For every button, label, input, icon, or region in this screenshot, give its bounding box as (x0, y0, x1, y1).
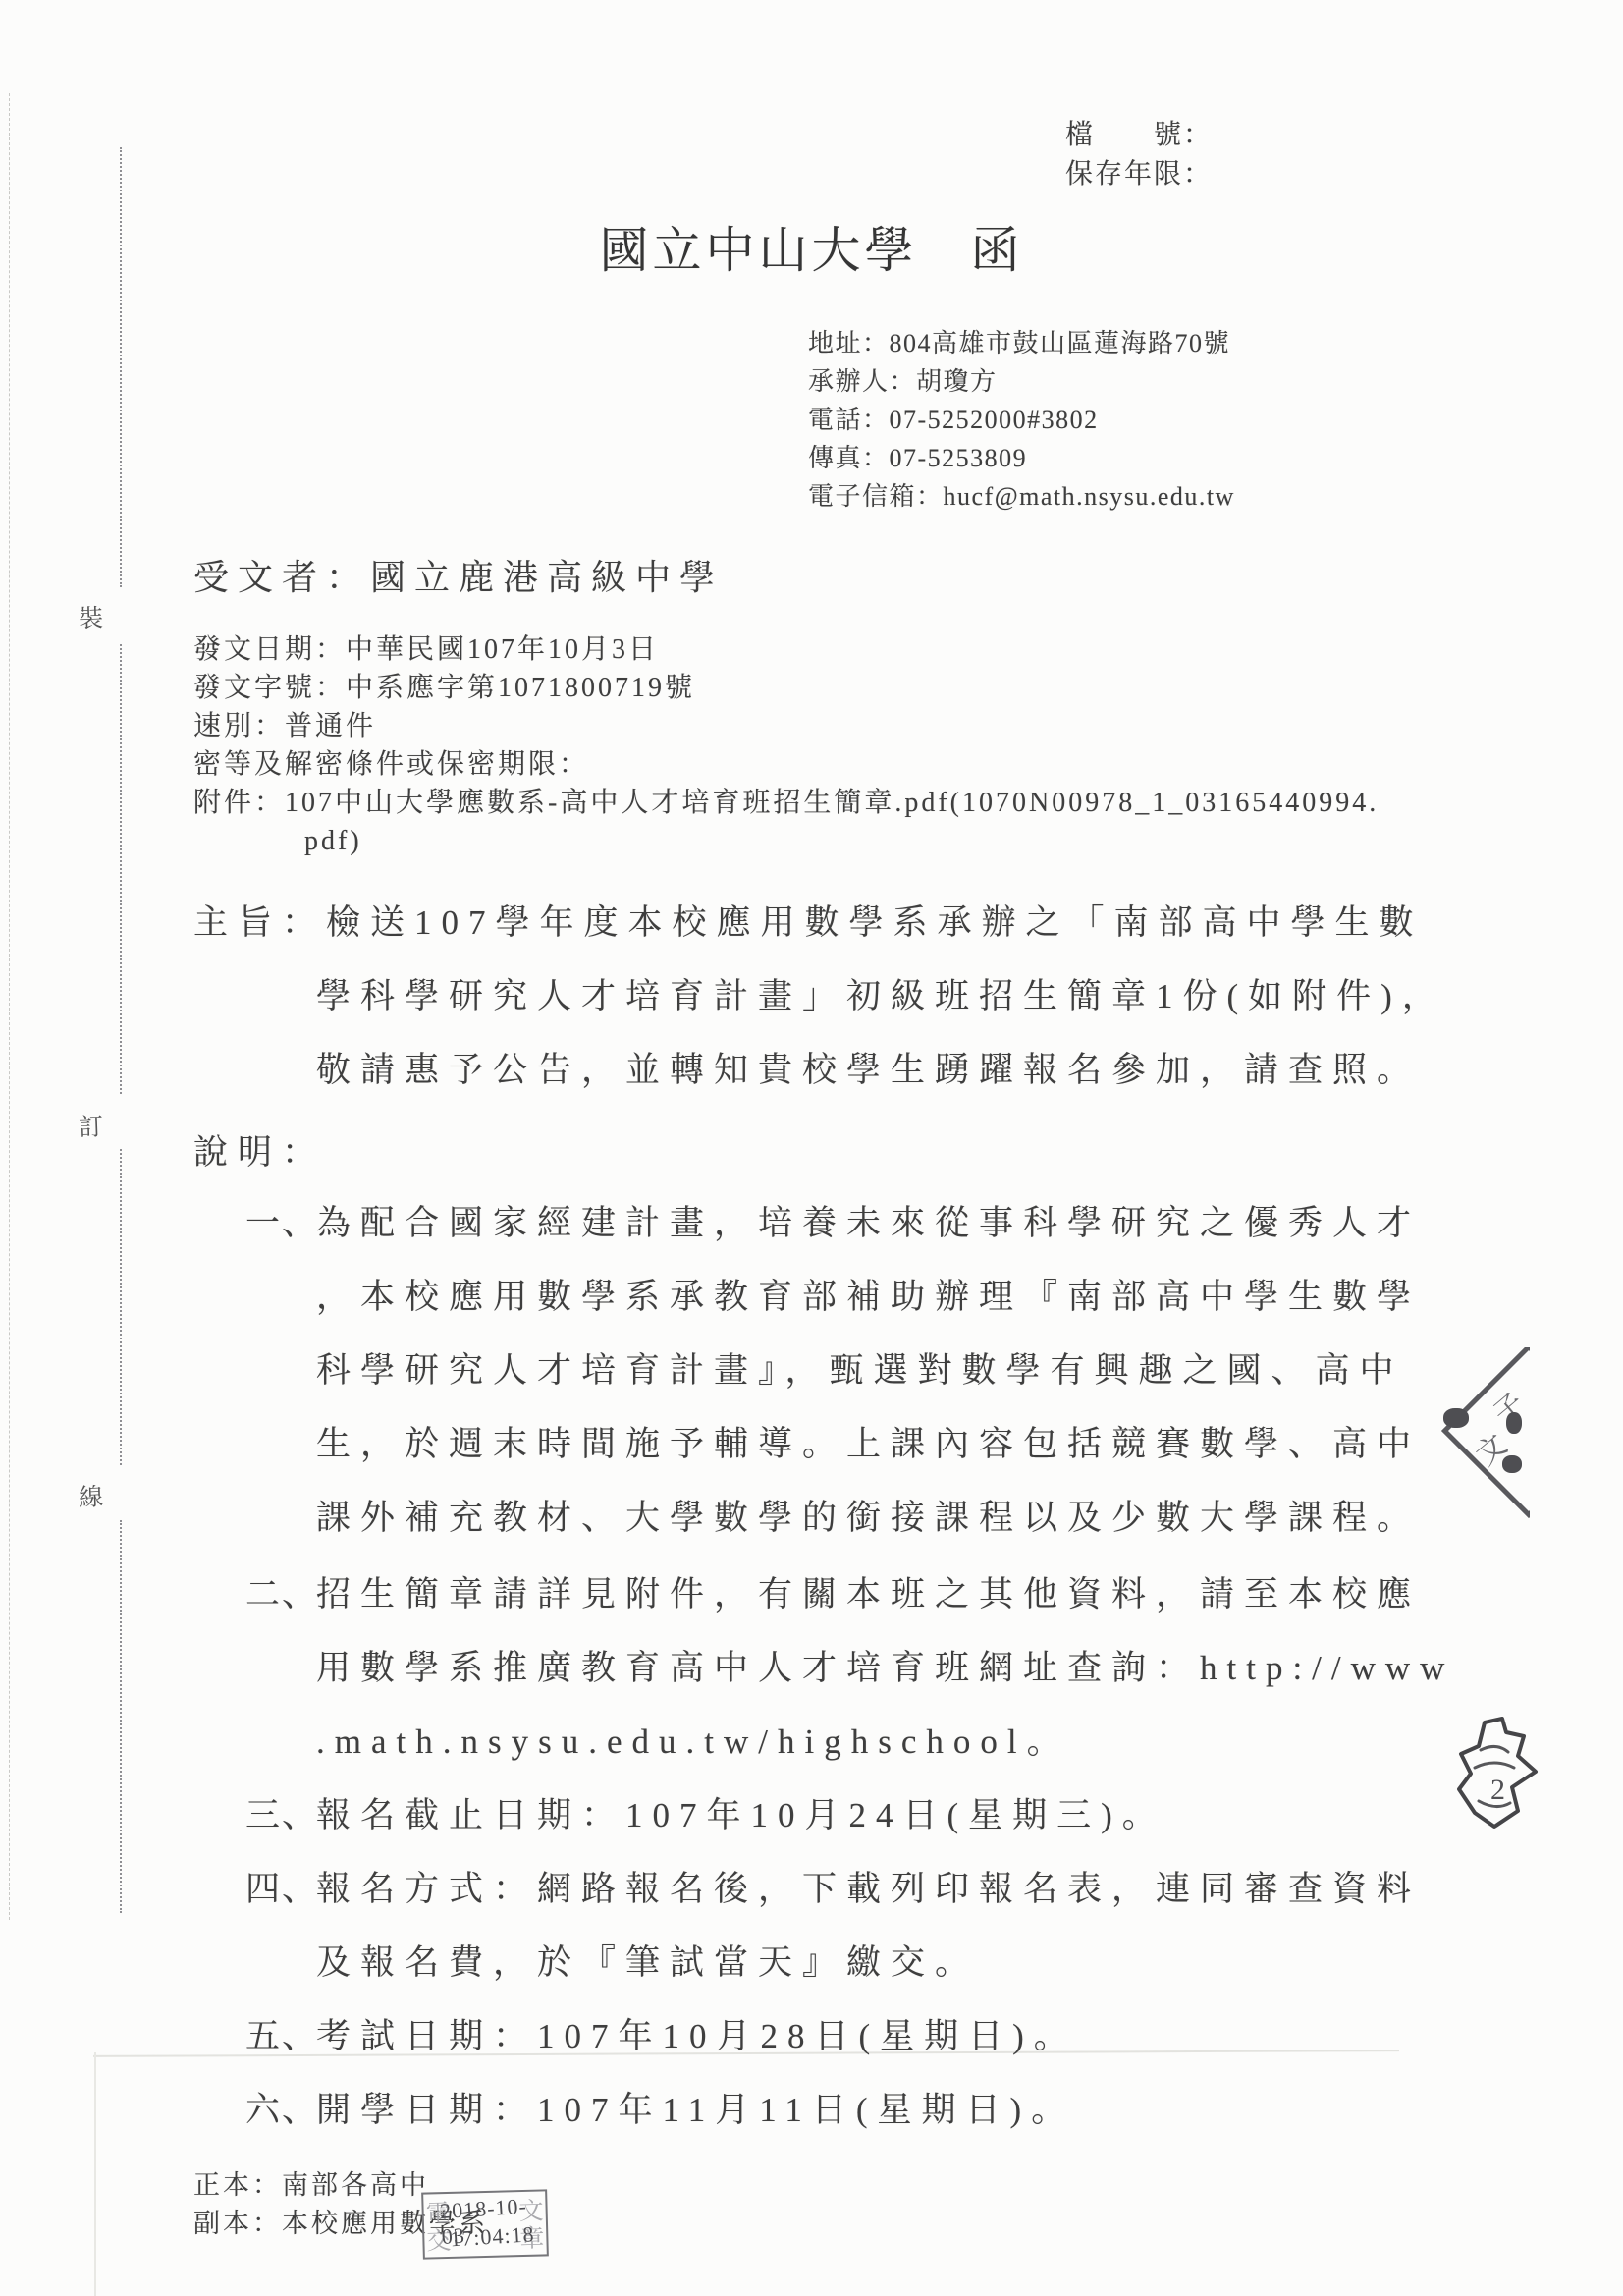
explanation-item-1-line-1: 一、為配合國家經建計畫，培養未來從事科學研究之優秀人才 (245, 1196, 1421, 1245)
explanation-item-3-line-1: 三、報名截止日期：107年10月24日(星期三)。 (245, 1788, 1166, 1837)
speed-class-line: 速別：普通件 (193, 707, 1379, 745)
sender-phone: 電話：07-5252000#3802 (808, 401, 1235, 439)
explanation-item-6-line-1: 六、開學日期：107年11月11日(星期日)。 (245, 2083, 1075, 2132)
binding-dotted-line (120, 1520, 122, 1913)
explanation-item-2-line-3: .math.nsysu.edu.tw/highschool。 (316, 1715, 1071, 1764)
attachment-line-2: pdf) (193, 822, 1379, 860)
document-title: 國立中山大學 函 (0, 211, 1623, 282)
explanation-item-4-line-1: 四、報名方式：網路報名後，下載列印報名表，連同審查資料 (245, 1862, 1421, 1911)
seal-smudge (1443, 1408, 1469, 1428)
binding-mark-xian: 線 (78, 1478, 103, 1514)
explanation-item-1-line-5: 課外補充教材、大學數學的銜接課程以及少數大學課程。 (316, 1491, 1421, 1540)
binding-dotted-line (120, 644, 122, 1094)
seal-smudge (1506, 1412, 1522, 1434)
explanation-item-1-line-2: ，本校應用數學系承教育部補助辦理『南部高中學生數學 (316, 1270, 1421, 1319)
diamond-seal-fragment: 子 文 (1412, 1347, 1530, 1520)
sender-email: 電子信箱：hucf@math.nsysu.edu.tw (808, 477, 1235, 516)
scanned-official-letter: 裝 訂 線 檔 號： 保存年限： 國立中山大學 函 地址：804高雄市鼓山區蓮海… (0, 0, 1623, 2296)
item-number: 六、 (245, 2083, 316, 2132)
sender-contact-person: 承辦人：胡瓊方 (808, 362, 1235, 401)
item-number: 一、 (245, 1196, 316, 1245)
explanation-item-2-line-2: 用數學系推廣教育高中人才培育班網址查詢：http://www (316, 1641, 1454, 1690)
page-curl-mark: 2 (1451, 1717, 1542, 1836)
explanation-item-4-line-2: 及報名費，於『筆試當天』繳交。 (316, 1936, 979, 1985)
subject-line-3: 敬請惠予公告，並轉知貴校學生踴躍報名參加，請查照。 (316, 1043, 1421, 1092)
attachment-line-1: 附件：107中山大學應數系-高中人才培育班招生簡章.pdf(1070N00978… (193, 784, 1379, 822)
item-number: 二、 (245, 1567, 316, 1616)
explanation-item-1-line-3: 科學研究人才培育計畫』，甄選對數學有興趣之國、高中 (316, 1343, 1404, 1393)
binding-mark-ding: 訂 (78, 1108, 103, 1144)
underlying-sheet-edge-artifact (94, 2052, 96, 2296)
seal-smudge (1502, 1455, 1522, 1473)
binding-dotted-line (120, 1149, 122, 1465)
stamp-time: 17:04:18 (450, 2221, 536, 2252)
sender-address: 地址：804高雄市鼓山區蓮海路70號 (808, 324, 1235, 362)
explanation-item-2-line-1: 二、招生簡章請詳見附件，有關本班之其他資料，請至本校應 (245, 1567, 1421, 1616)
binding-mark-zhuang: 裝 (78, 599, 103, 635)
item-number: 四、 (245, 1862, 316, 1911)
subject-line-2: 學科學研究人才培育計畫」初級班招生簡章1份(如附件)， (316, 969, 1446, 1018)
item-number: 五、 (245, 2009, 316, 2058)
doc-number-line: 發文字號：中系應字第1071800719號 (193, 669, 1379, 707)
issue-date-line: 發文日期：中華民國107年10月3日 (193, 630, 1379, 669)
retention-period-label: 保存年限： (1065, 155, 1213, 194)
subject-line-1: 主旨：檢送107學年度本校應用數學系承辦之「南部高中學生數 (193, 896, 1424, 945)
explanation-item-1-line-4: 生，於週末時間施予輔導。上課內容包括競賽數學、高中 (316, 1417, 1421, 1466)
file-number-label: 檔 號： (1065, 116, 1213, 155)
item-number: 三、 (245, 1788, 316, 1837)
original-copy-line: 正本：南部各高中 (193, 2166, 429, 2205)
explanation-item-5-line-1: 五、考試日期：107年10月28日(星期日)。 (245, 2009, 1078, 2058)
sender-fax: 傳真：07-5253809 (808, 439, 1235, 477)
paper-edge-artifact (9, 93, 10, 1920)
recipient-line: 受文者：國立鹿港高級中學 (193, 550, 724, 600)
explanation-label: 說明： (193, 1125, 326, 1175)
security-class-line: 密等及解密條件或保密期限： (193, 745, 1379, 784)
electronic-exchange-stamp: 電 文 交 章 2018-10-03 17:04:18 (421, 2189, 549, 2259)
page-curl-number: 2 (1490, 1774, 1505, 1806)
